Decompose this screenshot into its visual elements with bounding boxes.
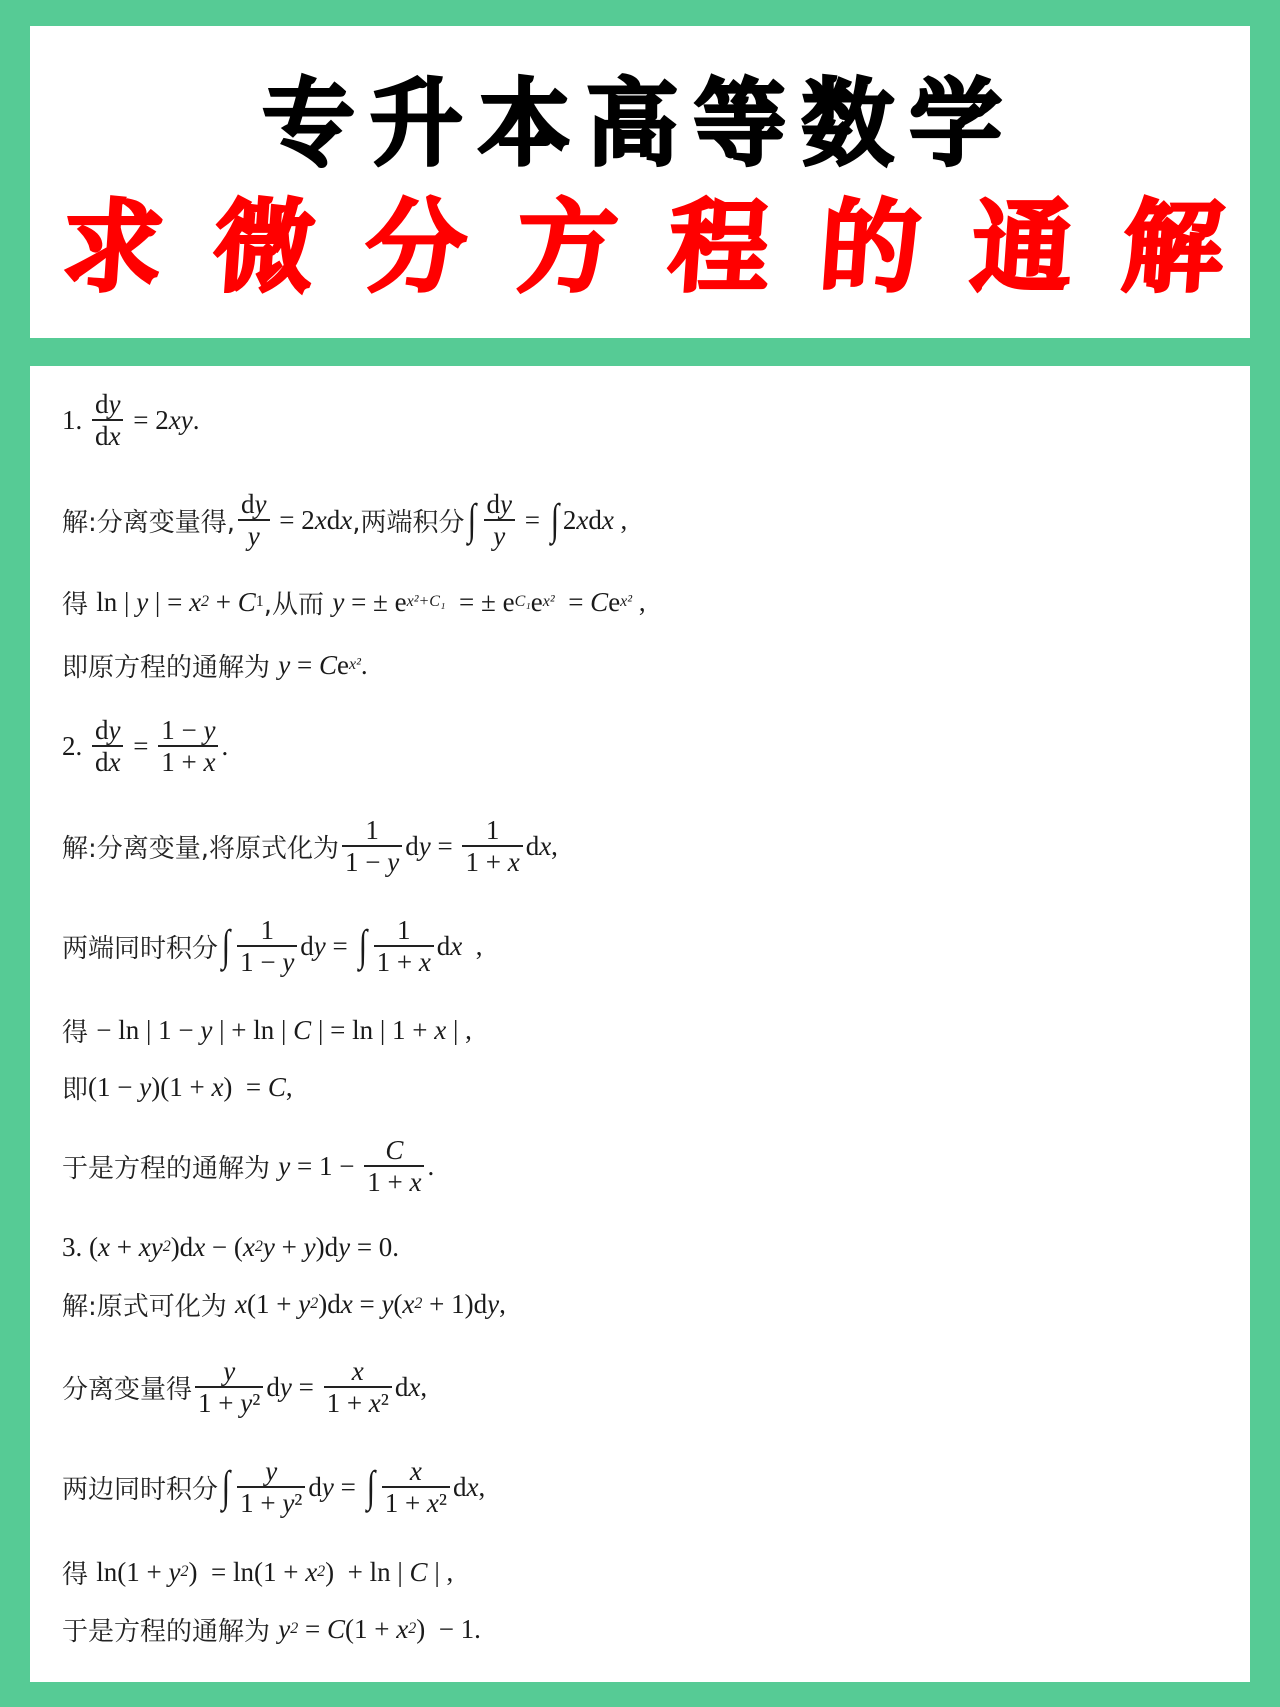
math-variable: x	[235, 1289, 247, 1320]
integral-sign: ∫	[468, 498, 476, 542]
math-variable: y	[338, 1232, 350, 1263]
math-text: =	[353, 1289, 382, 1320]
integral-sign: ∫	[358, 924, 366, 968]
math-variable: y	[419, 831, 431, 862]
math-text: d	[437, 931, 451, 962]
math-variable: y	[203, 715, 215, 745]
math-variable: y	[278, 1614, 290, 1645]
fraction: y1 + y²	[237, 1456, 305, 1518]
denominator: y	[490, 521, 508, 551]
math-variable: x	[341, 1289, 353, 1320]
chinese-text: 分离变量得	[62, 1369, 192, 1406]
math-text: e	[531, 587, 543, 618]
math-variable: C	[293, 1015, 311, 1046]
denominator: 1 + x	[364, 1167, 424, 1197]
math-text: = 2	[273, 505, 315, 536]
denominator: 1 + x	[374, 947, 434, 977]
math-text: ) + ln |	[325, 1557, 409, 1588]
math-variable: x	[467, 1472, 479, 1503]
math-variable: y	[248, 521, 260, 551]
math-variable: x	[402, 1289, 414, 1320]
subtitle-char: 微	[206, 196, 323, 300]
equation-line: 得 − ln | 1 − y | + ln | C | = ln | 1 + x…	[62, 1000, 472, 1060]
math-variable: x	[434, 1015, 446, 1046]
denominator: 1 − y	[342, 847, 402, 877]
chinese-text: ,从而	[264, 584, 333, 621]
equation-line: 3. (x + xy2)dx − (x2y + y)dy = 0.	[62, 1217, 399, 1277]
math-text: d	[395, 1372, 409, 1403]
denominator: 1 + x²	[382, 1488, 450, 1518]
math-text: ,	[551, 831, 558, 862]
math-text: 1.	[62, 405, 89, 436]
integral-sign: ∫	[551, 498, 559, 542]
math-variable: y	[136, 587, 148, 618]
chinese-text: 于是方程的通解为	[62, 1611, 278, 1648]
math-text: =	[292, 1372, 321, 1403]
math-variable: x	[408, 1372, 420, 1403]
fraction: C1 + x	[364, 1135, 424, 1197]
math-text: ln(1 +	[96, 1557, 168, 1588]
math-text: − ln | 1 −	[96, 1015, 200, 1046]
math-text: +	[275, 1232, 304, 1263]
numerator: dy	[92, 389, 123, 419]
math-text: 2.	[62, 731, 89, 762]
math-variable: x	[109, 747, 121, 777]
math-text: ,	[614, 505, 628, 536]
math-text: d	[300, 931, 314, 962]
equation-line: 得 ln | y | = x2 + C1,从而 y = ± ex²+C₁ = ±…	[62, 572, 646, 632]
math-text: =	[334, 1472, 363, 1503]
chinese-text: ,两端积分	[352, 502, 464, 539]
math-variable: y	[200, 1015, 212, 1046]
math-variable: x	[189, 587, 201, 618]
math-variable: y	[169, 1557, 181, 1588]
math-variable: x	[410, 1456, 422, 1486]
math-variable: C	[327, 1614, 345, 1645]
math-variable: x	[211, 1072, 223, 1103]
equation-line: 于是方程的通解为 y2 = C(1 + x2) − 1.	[62, 1599, 481, 1659]
integral-sign: ∫	[366, 1465, 374, 1509]
numerator: y	[262, 1456, 280, 1486]
numerator: C	[382, 1135, 406, 1165]
math-variable: y	[304, 1232, 316, 1263]
denominator: 1 + x	[462, 847, 522, 877]
math-text: | = ln | 1 +	[311, 1015, 434, 1046]
math-variable: y	[493, 521, 505, 551]
subtitle-char: 求	[54, 196, 171, 300]
math-variable: y	[278, 1151, 290, 1182]
numerator: 1	[257, 915, 277, 945]
math-text: (1 +	[345, 1614, 396, 1645]
math-variable: x	[576, 505, 588, 536]
math-variable: C	[590, 587, 608, 618]
math-variable: y	[223, 1356, 235, 1386]
denominator: 1 + x	[158, 747, 218, 777]
solutions-panel: 1. dydx = 2xy.解:分离变量得,dyy = 2xdx,两端积分∫dy…	[30, 366, 1250, 1682]
math-text: )d	[171, 1232, 194, 1263]
fraction: y1 + y²	[195, 1356, 263, 1418]
equation-line: 解:分离变量,将原式化为11 − ydy = 11 + xdx,	[62, 816, 558, 876]
math-text: | ,	[446, 1015, 472, 1046]
math-text: ) − 1.	[416, 1614, 481, 1645]
math-text: ) =	[223, 1072, 267, 1103]
math-text: | ,	[428, 1557, 454, 1588]
subtitle-char: 分	[357, 196, 474, 300]
subtitle-char: 的	[811, 196, 928, 300]
math-text: (1 +	[247, 1289, 298, 1320]
math-text: .	[361, 650, 368, 681]
integral-sign: ∫	[222, 1465, 230, 1509]
math-text: + 1)d	[422, 1289, 487, 1320]
fraction: dydx	[92, 715, 123, 777]
math-variable: y	[240, 1388, 252, 1418]
math-variable: x	[396, 1614, 408, 1645]
math-variable: x	[340, 505, 352, 536]
equation-line: 得 ln(1 + y2) = ln(1 + x2) + ln | C | ,	[62, 1542, 453, 1602]
fraction: 11 − y	[342, 815, 402, 877]
math-text: =	[431, 831, 460, 862]
title-banner: 专升本高等数学 求 微 分 方 程 的 通 解	[30, 26, 1250, 338]
math-variable: y	[487, 1289, 499, 1320]
math-text: ,	[479, 1472, 486, 1503]
subtitle-char: 程	[660, 196, 777, 300]
fraction: dyy	[484, 489, 515, 551]
chinese-text: 解:分离变量得,	[62, 502, 235, 539]
math-text: ) = ln(1 +	[188, 1557, 305, 1588]
math-text: e	[337, 650, 349, 681]
math-text: )d	[318, 1289, 341, 1320]
numerator: dy	[238, 489, 269, 519]
math-variable: x	[427, 1488, 439, 1518]
fraction: dyy	[238, 489, 269, 551]
chinese-text: 即	[62, 1069, 88, 1106]
fraction: dydx	[92, 389, 123, 451]
math-variable: y	[332, 587, 344, 618]
math-variable: y	[282, 947, 294, 977]
math-variable: y	[314, 931, 326, 962]
equation-line: 即原方程的通解为 y = Cex².	[62, 635, 368, 695]
chinese-text: 得	[62, 584, 96, 621]
denominator: y	[245, 521, 263, 551]
math-variable: x	[315, 505, 327, 536]
fraction: 11 − y	[237, 915, 297, 977]
math-text: .	[427, 1151, 434, 1182]
math-variable: y	[280, 1372, 292, 1403]
math-variable: x	[409, 1167, 421, 1197]
math-text: − (	[205, 1232, 243, 1263]
math-text: e	[608, 587, 620, 618]
math-variable: x	[539, 831, 551, 862]
math-text: =	[290, 650, 319, 681]
math-variable: y	[278, 650, 290, 681]
math-text: )d	[316, 1232, 339, 1263]
math-variable: x	[602, 505, 614, 536]
numerator: dy	[484, 489, 515, 519]
numerator: y	[220, 1356, 238, 1386]
numerator: x	[349, 1356, 367, 1386]
chinese-text: 于是方程的通解为	[62, 1148, 278, 1185]
math-text: (1 −	[88, 1072, 139, 1103]
math-variable: C	[410, 1557, 428, 1588]
numerator: 1	[483, 815, 503, 845]
math-variable: xy	[139, 1232, 163, 1263]
equation-line: 两边同时积分∫y1 + y²dy = ∫x1 + x²dx,	[62, 1457, 485, 1517]
math-variable: C	[319, 650, 337, 681]
math-variable: y	[381, 1289, 393, 1320]
math-text: ,	[462, 931, 482, 962]
equation-line: 分离变量得y1 + y²dy = x1 + x²dx,	[62, 1357, 427, 1417]
subtitle-char: 解	[1114, 196, 1231, 300]
chinese-text: 解:分离变量,将原式化为	[62, 828, 339, 865]
chinese-text: 即原方程的通解为	[62, 647, 278, 684]
fraction: x1 + x²	[382, 1456, 450, 1518]
equation-line: 即(1 − y)(1 + x) = C,	[62, 1057, 293, 1117]
math-text: d	[405, 831, 419, 862]
math-variable: y	[282, 1488, 294, 1518]
equation-line: 于是方程的通解为 y = 1 − C1 + x.	[62, 1136, 434, 1196]
chinese-text: 解:原式可化为	[62, 1286, 235, 1323]
equation-line: 解:分离变量得,dyy = 2xdx,两端积分∫dyy = ∫2xdx ,	[62, 490, 627, 550]
equation-line: 2. dydx = 1 − y1 + x.	[62, 716, 228, 776]
integral-sign: ∫	[222, 924, 230, 968]
math-variable: x	[419, 947, 431, 977]
equation-line: 解:原式可化为 x(1 + y2)dx = y(x2 + 1)dy,	[62, 1274, 506, 1334]
math-variable: x	[508, 847, 520, 877]
math-variable: y	[298, 1289, 310, 1320]
math-text: =	[298, 1614, 327, 1645]
math-variable: y	[500, 489, 512, 519]
math-text: = ± e	[344, 587, 406, 618]
denominator: 1 + x²	[324, 1388, 392, 1418]
math-text: ,	[420, 1372, 427, 1403]
subtitle-char: 方	[509, 196, 626, 300]
math-text: ,	[286, 1072, 293, 1103]
math-text: d	[266, 1372, 280, 1403]
fraction: 11 + x	[374, 915, 434, 977]
numerator: 1 − y	[158, 715, 218, 745]
math-variable: x	[352, 1356, 364, 1386]
math-text: = 2	[126, 405, 168, 436]
math-text: = ± e	[446, 587, 515, 618]
math-variable: x	[109, 421, 121, 451]
equation-line: 1. dydx = 2xy.	[62, 390, 199, 450]
math-text: .	[221, 731, 228, 762]
math-text: =	[555, 587, 590, 618]
math-text: )(1 +	[151, 1072, 211, 1103]
math-text: d	[588, 505, 602, 536]
math-variable: y	[265, 1456, 277, 1486]
math-variable: y	[109, 389, 121, 419]
math-text: ,	[632, 587, 646, 618]
math-variable: C	[385, 1135, 403, 1165]
denominator: 1 + y²	[237, 1488, 305, 1518]
math-text: +	[110, 1232, 139, 1263]
math-variable: C	[268, 1072, 286, 1103]
page-subtitle: 求 微 分 方 程 的 通 解	[58, 196, 1228, 300]
numerator: 1	[394, 915, 414, 945]
math-variable: y	[387, 847, 399, 877]
math-text: | =	[148, 587, 189, 618]
math-variable: x	[243, 1232, 255, 1263]
chinese-text: 两边同时积分	[62, 1469, 218, 1506]
numerator: 1	[362, 815, 382, 845]
numerator: x	[407, 1456, 425, 1486]
math-variable: xy	[169, 405, 193, 436]
math-text: d	[453, 1472, 467, 1503]
subtitle-char: 通	[963, 196, 1080, 300]
denominator: 1 + y²	[195, 1388, 263, 1418]
page-title: 专升本高等数学	[42, 78, 1238, 172]
math-text: d	[526, 831, 540, 862]
math-text: = 1 −	[290, 1151, 361, 1182]
math-variable: C	[238, 587, 256, 618]
denominator: 1 − y	[237, 947, 297, 977]
math-text: d	[327, 505, 341, 536]
math-text: d	[308, 1472, 322, 1503]
math-text: =	[126, 731, 155, 762]
numerator: dy	[92, 715, 123, 745]
math-text: ,	[499, 1289, 506, 1320]
math-variable: x	[203, 747, 215, 777]
math-variable: y	[139, 1072, 151, 1103]
equation-line: 两端同时积分∫11 − ydy = ∫11 + xdx ,	[62, 916, 483, 976]
math-text: 2	[563, 505, 577, 536]
math-variable: y	[255, 489, 267, 519]
math-variable: x	[193, 1232, 205, 1263]
chinese-text: 得	[62, 1012, 96, 1049]
math-variable: y	[322, 1472, 334, 1503]
denominator: dx	[92, 747, 123, 777]
math-text: +	[209, 587, 238, 618]
math-variable: x	[305, 1557, 317, 1588]
math-text: | + ln |	[212, 1015, 293, 1046]
math-text: =	[326, 931, 355, 962]
math-text: ln |	[96, 587, 136, 618]
denominator: dx	[92, 421, 123, 451]
math-text: 3. (	[62, 1232, 98, 1263]
math-text: =	[518, 505, 547, 536]
fraction: 1 − y1 + x	[158, 715, 218, 777]
chinese-text: 得	[62, 1554, 96, 1591]
math-text: = 0.	[350, 1232, 399, 1263]
math-variable: x	[98, 1232, 110, 1263]
math-variable: x	[369, 1388, 381, 1418]
fraction: 11 + x	[462, 815, 522, 877]
chinese-text: 两端同时积分	[62, 928, 218, 965]
fraction: x1 + x²	[324, 1356, 392, 1418]
math-text: .	[193, 405, 200, 436]
math-variable: y	[109, 715, 121, 745]
math-variable: x	[450, 931, 462, 962]
math-variable: y	[263, 1232, 275, 1263]
